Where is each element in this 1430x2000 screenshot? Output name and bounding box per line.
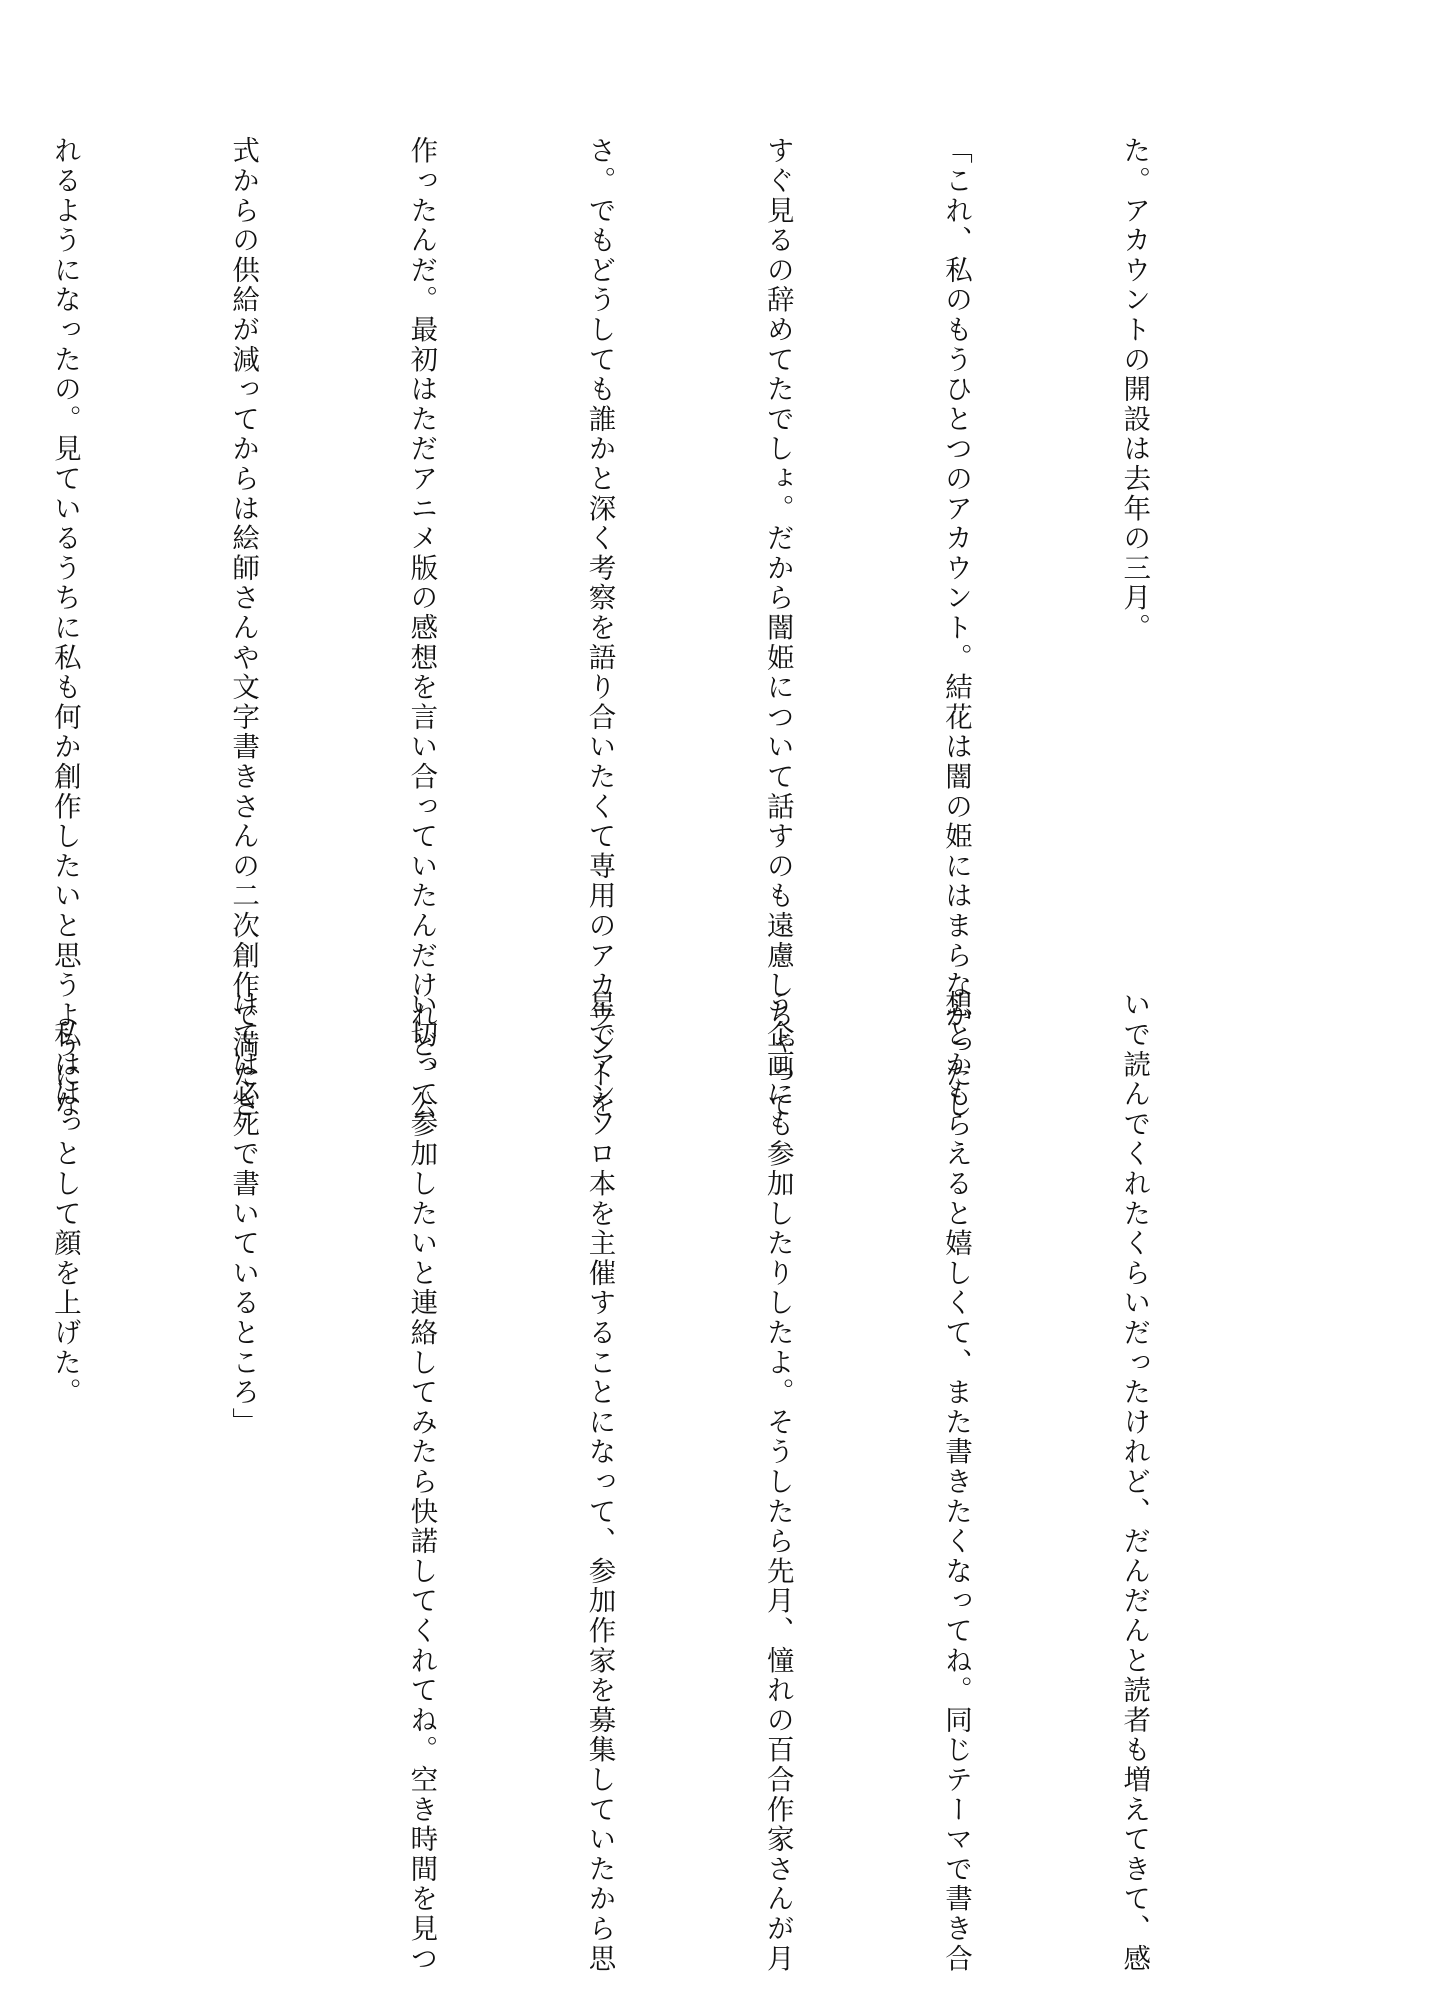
text-line: 私ははっとして顔を上げた。 [34, 990, 93, 1750]
text-line: 「これ、私のもうひとつのアカウント。結花は闇の姫にはまらなかったし [926, 136, 985, 896]
text-block-upper: た。アカウントの開設は去年の三月。 「これ、私のもうひとつのアカウント。結花は闇… [0, 136, 1282, 896]
text-line: 星でアンソロ本を主催することになって、参加作家を募集していたから思 [569, 990, 628, 1750]
text-line: すぐ見るの辞めてたでしょ。だから闇姫について話すのも遠慮しちゃって [747, 136, 806, 896]
text-line: けては必死で書いているところ」 [213, 990, 272, 1750]
text-line: い切って参加したいと連絡してみたら快諾してくれてね。空き時間を見つ [391, 990, 450, 1750]
text-line: 想とかもらえると嬉しくて、また書きたくなってね。同じテーマで書き合 [926, 990, 985, 1750]
text-line: れるようになったの。見ているうちに私も何か創作したいと思うようにな [34, 136, 93, 896]
text-line: う企画にも参加したりしたよ。そうしたら先月、憧れの百合作家さんが月 [747, 990, 806, 1750]
text-line: 式からの供給が減ってからは絵師さんや文字書きさんの二次創作で満たさ [213, 136, 272, 896]
text-line: さ。でもどうしても誰かと深く考察を語り合いたくて専用のアカウントを [569, 136, 628, 896]
text-line: 作ったんだ。最初はただアニメ版の感想を言い合っていたんだけれど、公 [391, 136, 450, 896]
text-line: た。アカウントの開設は去年の三月。 [1104, 136, 1163, 896]
document-page: た。アカウントの開設は去年の三月。 「これ、私のもうひとつのアカウント。結花は闇… [0, 0, 1430, 2000]
text-line: いで読んでくれたくらいだったけれど、だんだんと読者も増えてきて、感 [1104, 990, 1163, 1750]
text-block-lower: いで読んでくれたくらいだったけれど、だんだんと読者も増えてきて、感 想とかもらえ… [0, 990, 1282, 1750]
